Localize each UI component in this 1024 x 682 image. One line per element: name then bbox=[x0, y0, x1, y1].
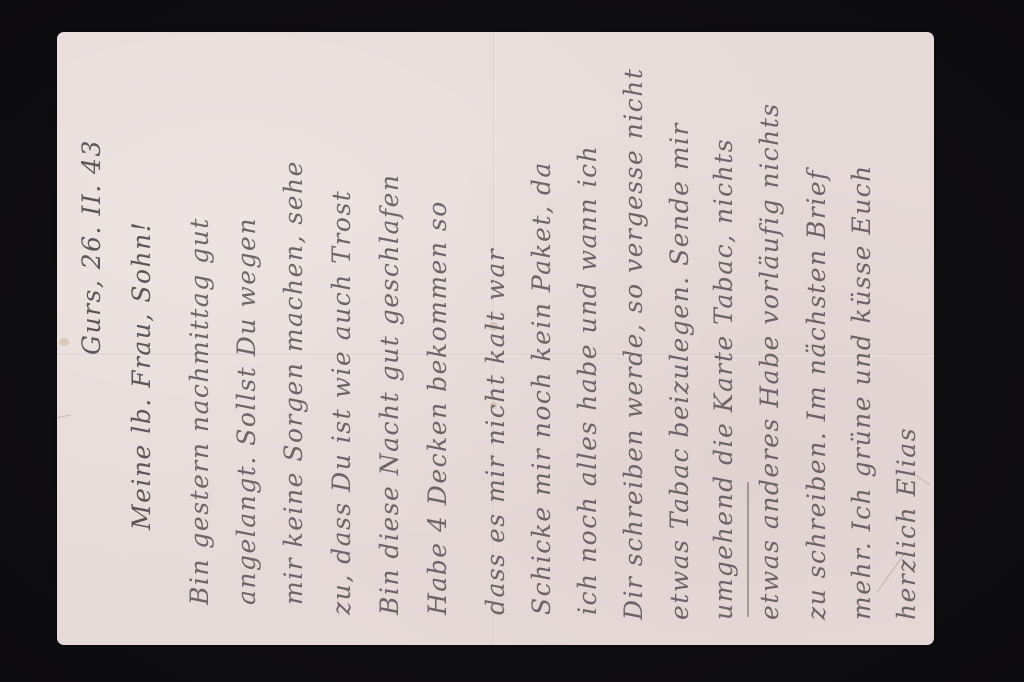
letter-line: Schicke mir noch kein Paket, da bbox=[527, 161, 556, 615]
letter-line: umgehend die Karte Tabac, nichts bbox=[709, 138, 738, 620]
letter-line: mehr. Ich grüne und küsse Euch bbox=[847, 164, 876, 620]
handwritten-text-area: Gurs, 26. II. 43 Meine lb. Frau, Sohn! B… bbox=[57, 32, 934, 645]
letter-line: Habe 4 Decken bekommen so bbox=[423, 200, 452, 615]
closing-signature-line: herzlich Elias bbox=[892, 427, 921, 620]
place-date-line: Gurs, 26. II. 43 bbox=[77, 139, 106, 355]
letter-line: Dir schreiben werde, so vergesse nicht bbox=[619, 68, 648, 620]
letter-line: etwas Tabac beizulegen. Sende mir bbox=[665, 122, 694, 620]
letter-line: zu, dass Du ist wie auch Trost bbox=[327, 190, 356, 615]
letter-line: dass es mir nicht kalt war bbox=[481, 248, 510, 615]
letter-line: mir keine Sorgen machen, sehe bbox=[279, 160, 308, 605]
salutation-line: Meine lb. Frau, Sohn! bbox=[127, 221, 156, 530]
letter-line: ich noch alles habe und wann ich bbox=[573, 145, 602, 615]
letter-line: Bin diese Nacht gut geschlafen bbox=[375, 173, 404, 615]
underline-umgehend bbox=[747, 482, 749, 617]
letter-line: Bin gestern nachmittag gut bbox=[185, 217, 214, 605]
letter-line: etwas anderes Habe vorläufig nichts bbox=[755, 102, 784, 620]
postcard: Gurs, 26. II. 43 Meine lb. Frau, Sohn! B… bbox=[57, 32, 934, 645]
letter-line: angelangt. Sollst Du wegen bbox=[232, 217, 261, 605]
letter-line: zu schreiben. Im nächsten Brief bbox=[802, 169, 831, 620]
